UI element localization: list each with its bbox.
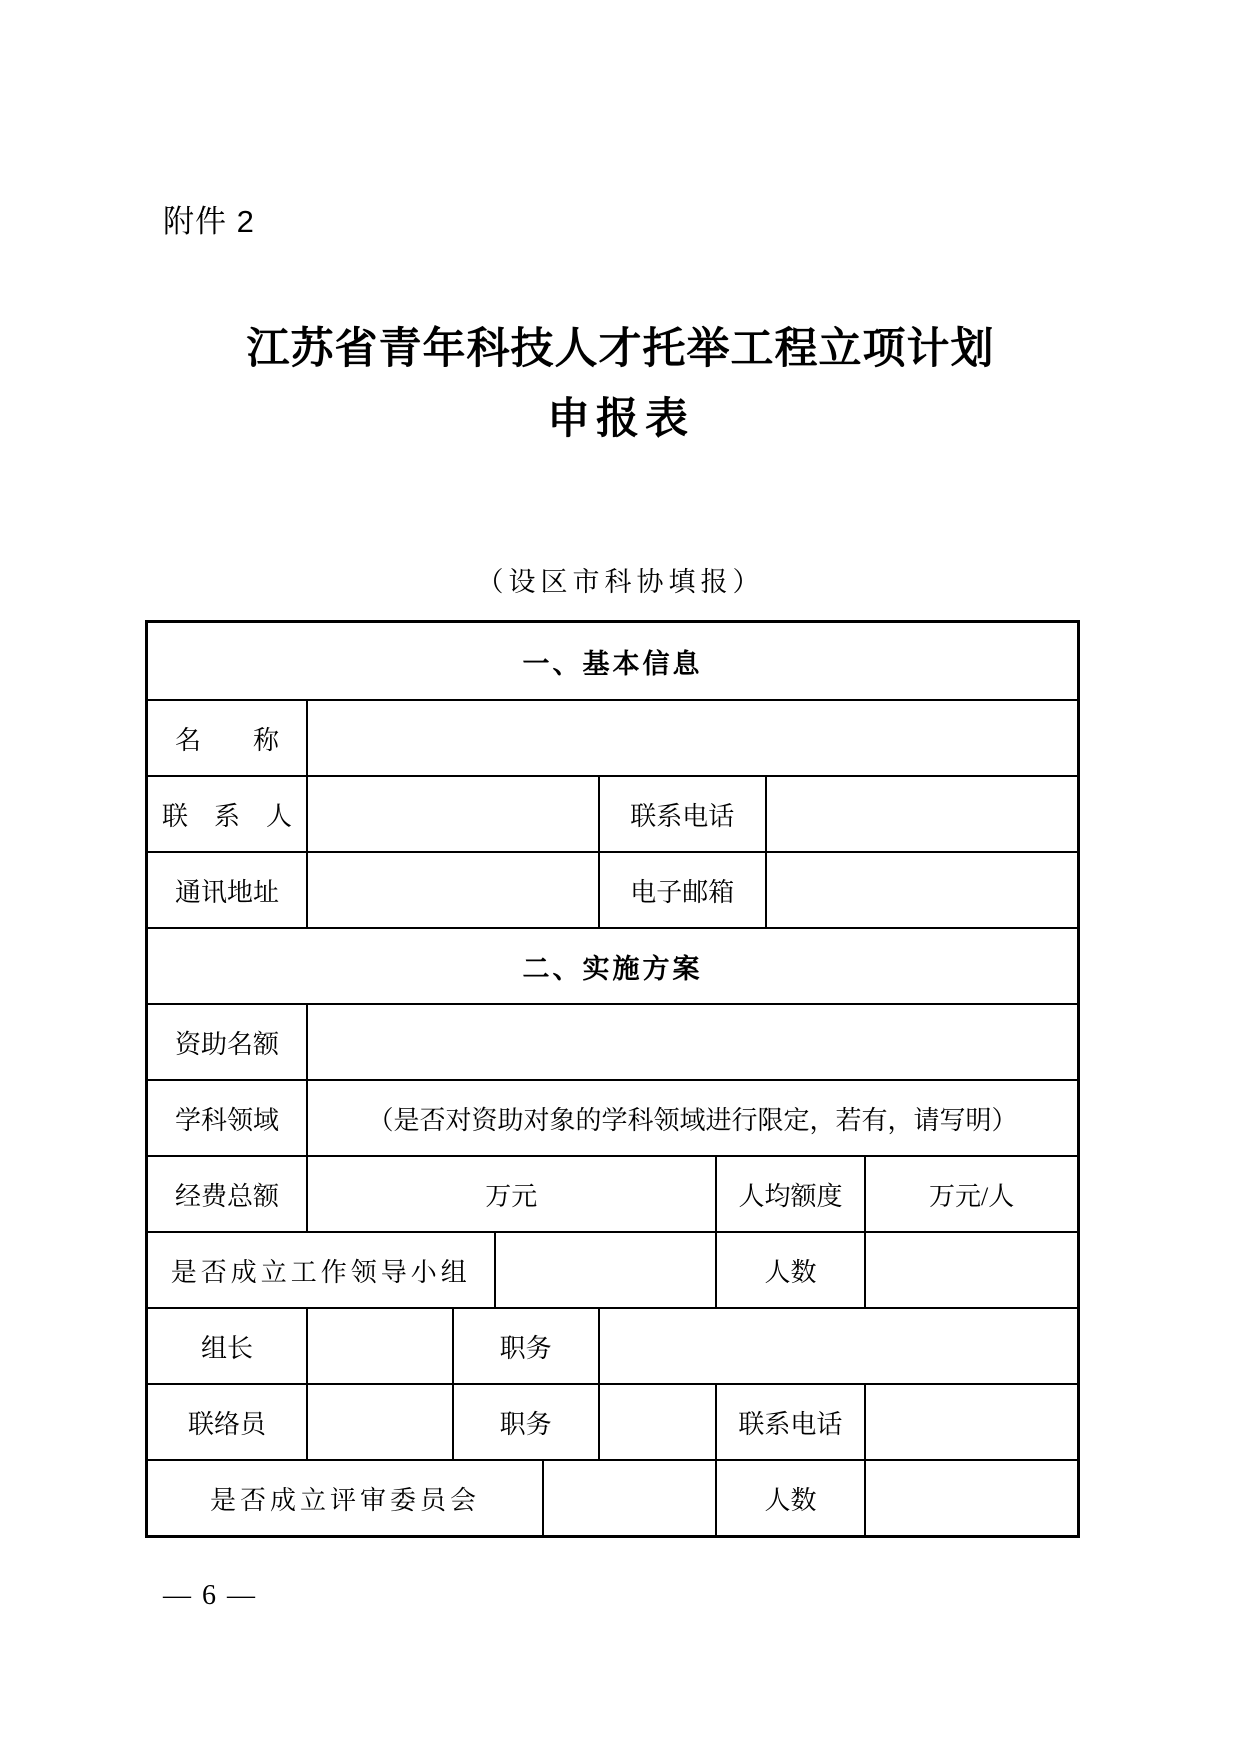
mailing-address-label: 通讯地址 bbox=[148, 853, 306, 927]
contact-phone-label: 联系电话 bbox=[598, 777, 765, 851]
leading-group-headcount-value-cell bbox=[864, 1233, 1077, 1307]
per-capita-amount-label: 人均额度 bbox=[715, 1157, 865, 1231]
liaison-phone-label: 联系电话 bbox=[715, 1385, 865, 1459]
review-committee-headcount-value-cell bbox=[864, 1461, 1077, 1535]
leading-group-headcount-label: 人数 bbox=[715, 1233, 865, 1307]
row-discipline-field: 学科领域 （是否对资助对象的学科领域进行限定，若有，请写明） bbox=[148, 1079, 1077, 1155]
email-value-cell bbox=[765, 853, 1077, 927]
application-form-table: 一、基本信息 名 称 联 系 人 联系电话 通讯地址 电子邮箱 二、实施方案 资… bbox=[145, 620, 1080, 1538]
document-title-line-2: 申报表 bbox=[0, 385, 1241, 446]
liaison-position-label: 职务 bbox=[452, 1385, 598, 1459]
review-committee-label: 是否成立评审委员会 bbox=[148, 1461, 542, 1535]
contact-person-value-cell bbox=[306, 777, 598, 851]
liaison-position-value-cell bbox=[598, 1385, 715, 1459]
row-leading-group: 是否成立工作领导小组 人数 bbox=[148, 1231, 1077, 1307]
row-address: 通讯地址 电子邮箱 bbox=[148, 851, 1077, 927]
section-header-implementation-plan: 二、实施方案 bbox=[148, 927, 1077, 1003]
group-leader-value-cell bbox=[306, 1309, 452, 1383]
attachment-label: 附件 2 bbox=[163, 196, 255, 241]
discipline-field-note: （是否对资助对象的学科领域进行限定，若有，请写明） bbox=[306, 1081, 1077, 1155]
row-group-leader: 组长 职务 bbox=[148, 1307, 1077, 1383]
row-total-budget: 经费总额 万元 人均额度 万元/人 bbox=[148, 1155, 1077, 1231]
document-title-line-1: 江苏省青年科技人才托举工程立项计划 bbox=[0, 315, 1241, 376]
page-number: — 6 — bbox=[163, 1580, 257, 1612]
form-subtitle: （设区市科协填报） bbox=[0, 560, 1241, 599]
liaison-phone-value-cell bbox=[864, 1385, 1077, 1459]
liaison-value-cell bbox=[306, 1385, 452, 1459]
leading-group-value-cell bbox=[494, 1233, 715, 1307]
review-committee-headcount-label: 人数 bbox=[715, 1461, 865, 1535]
section-header-basic-info: 一、基本信息 bbox=[148, 623, 1077, 699]
total-budget-label: 经费总额 bbox=[148, 1157, 306, 1231]
row-contact: 联 系 人 联系电话 bbox=[148, 775, 1077, 851]
group-leader-label: 组长 bbox=[148, 1309, 306, 1383]
name-value-cell bbox=[306, 701, 1077, 775]
group-leader-position-value-cell bbox=[598, 1309, 1077, 1383]
row-review-committee: 是否成立评审委员会 人数 bbox=[148, 1459, 1077, 1535]
email-label: 电子邮箱 bbox=[598, 853, 765, 927]
review-committee-value-cell bbox=[542, 1461, 715, 1535]
group-leader-position-label: 职务 bbox=[452, 1309, 598, 1383]
row-name: 名 称 bbox=[148, 699, 1077, 775]
liaison-label: 联络员 bbox=[148, 1385, 306, 1459]
discipline-field-label: 学科领域 bbox=[148, 1081, 306, 1155]
document-page: 附件 2 江苏省青年科技人才托举工程立项计划 申报表 （设区市科协填报） 一、基… bbox=[0, 0, 1241, 1754]
contact-phone-value-cell bbox=[765, 777, 1077, 851]
row-funding-quota: 资助名额 bbox=[148, 1003, 1077, 1079]
total-budget-unit: 万元 bbox=[306, 1157, 715, 1231]
row-liaison: 联络员 职务 联系电话 bbox=[148, 1383, 1077, 1459]
mailing-address-value-cell bbox=[306, 853, 598, 927]
funding-quota-value-cell bbox=[306, 1005, 1077, 1079]
leading-group-label: 是否成立工作领导小组 bbox=[148, 1233, 494, 1307]
section-implementation-plan-title: 二、实施方案 bbox=[148, 929, 1077, 1003]
name-label: 名 称 bbox=[148, 701, 306, 775]
contact-person-label: 联 系 人 bbox=[148, 777, 306, 851]
per-capita-amount-unit: 万元/人 bbox=[864, 1157, 1077, 1231]
funding-quota-label: 资助名额 bbox=[148, 1005, 306, 1079]
section-basic-info-title: 一、基本信息 bbox=[148, 623, 1077, 699]
